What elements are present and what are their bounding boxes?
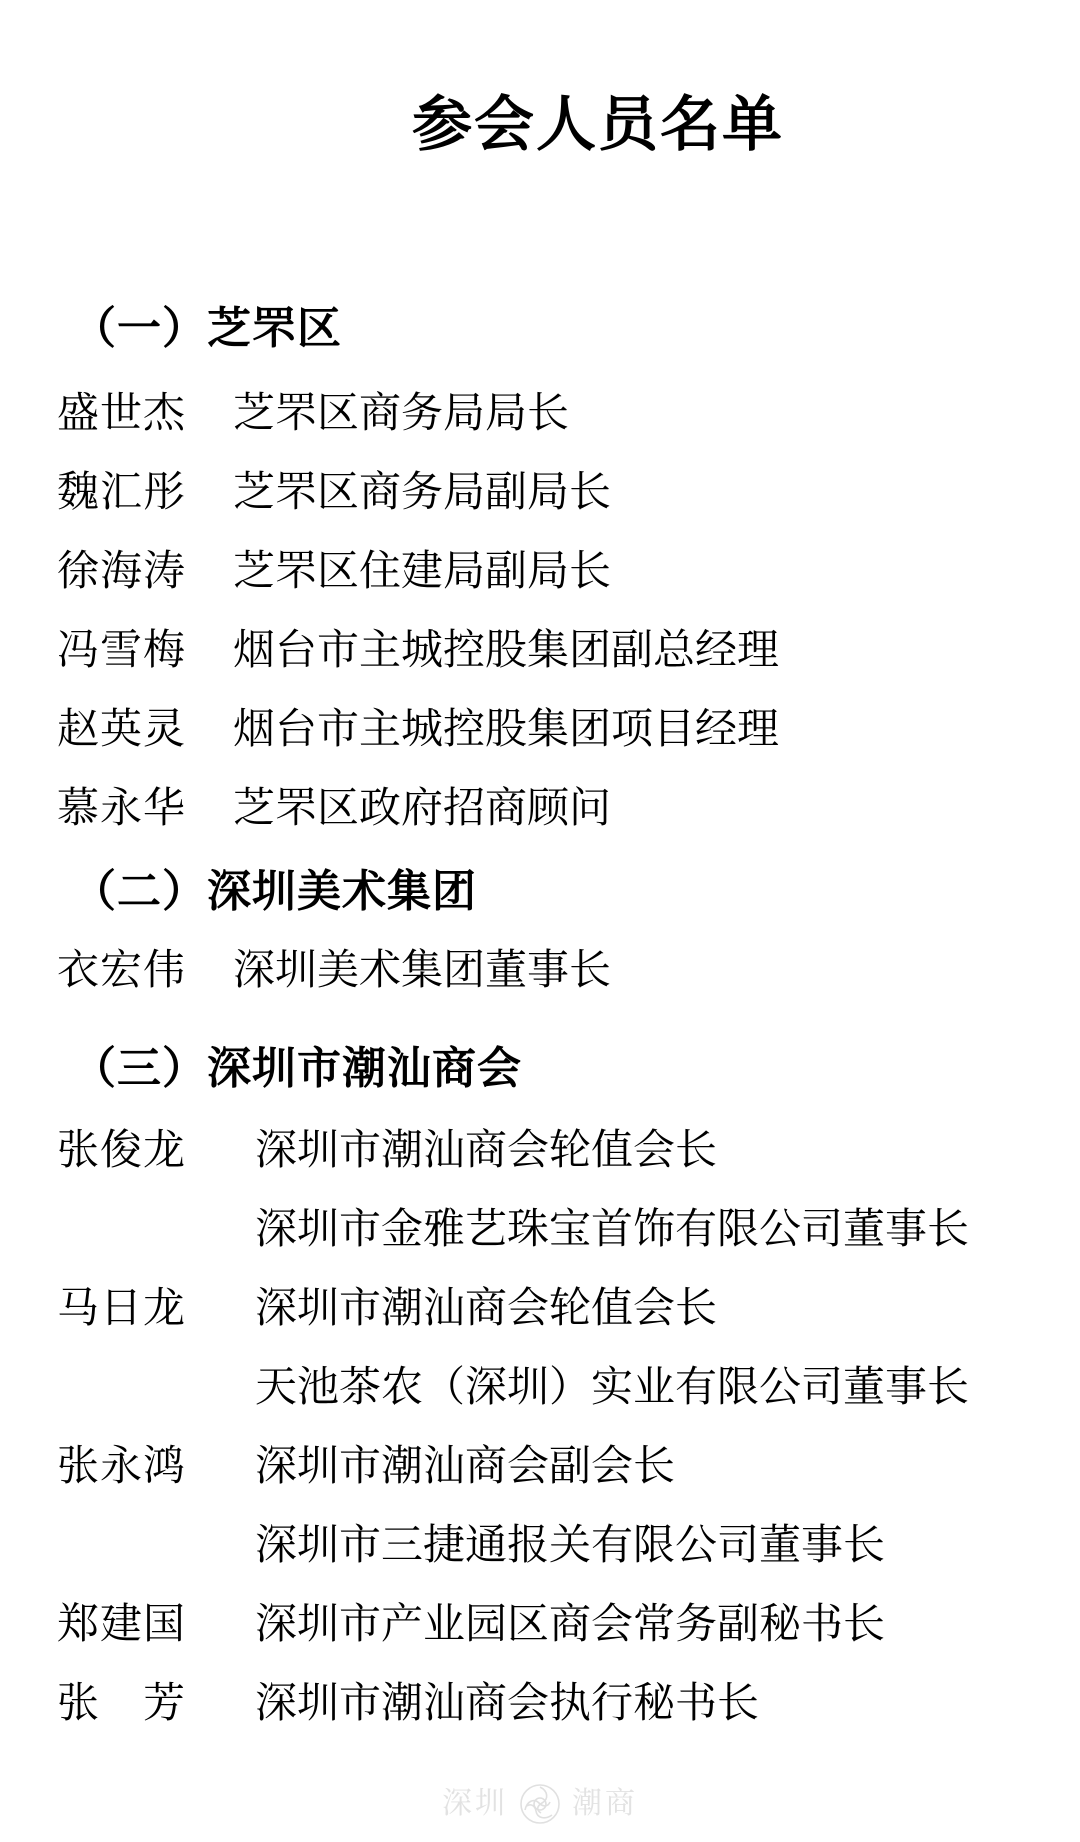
member-row: 冯雪梅烟台市主城控股集团副总经理 [0, 625, 1080, 677]
section-heading: （二）深圳美术集团 [0, 865, 1080, 919]
member-title: 芝罘区商务局局长 [233, 388, 1080, 440]
member-name: 盛世杰 [57, 388, 233, 440]
document-page: 参会人员名单 （一）芝罘区盛世杰芝罘区商务局局长魏汇彤芝罘区商务局副局长徐海涛芝… [0, 0, 1080, 1842]
member-title: 深圳市潮汕商会副会长 [255, 1441, 1080, 1493]
member-extra-title-row: 深圳市三捷通报关有限公司董事长 [0, 1520, 1080, 1572]
watermark: 深圳 潮商 [442, 1782, 638, 1826]
member-row: 马日龙深圳市潮汕商会轮值会长 [0, 1283, 1080, 1335]
member-title: 深圳市潮汕商会执行秘书长 [255, 1678, 1080, 1730]
member-title: 芝罘区政府招商顾问 [233, 783, 1080, 835]
section: （三）深圳市潮汕商会张俊龙深圳市潮汕商会轮值会长深圳市金雅艺珠宝首饰有限公司董事… [0, 1042, 1080, 1730]
member-row: 衣宏伟深圳美术集团董事长 [0, 945, 1080, 997]
member-title: 深圳市三捷通报关有限公司董事长 [255, 1520, 1080, 1572]
member-title: 烟台市主城控股集团副总经理 [233, 625, 1080, 677]
member-name: 衣宏伟 [57, 945, 233, 997]
member-row: 盛世杰芝罘区商务局局长 [0, 388, 1080, 440]
section: （二）深圳美术集团衣宏伟深圳美术集团董事长 [0, 865, 1080, 997]
member-name: 郑建国 [57, 1599, 255, 1651]
member-title: 深圳市潮汕商会轮值会长 [255, 1125, 1080, 1177]
member-row: 赵英灵烟台市主城控股集团项目经理 [0, 704, 1080, 756]
member-title: 天池茶农（深圳）实业有限公司董事长 [255, 1362, 1080, 1414]
watermark-text-left: 深圳 [442, 1782, 508, 1826]
member-name: 冯雪梅 [57, 625, 233, 677]
member-extra-title-row: 深圳市金雅艺珠宝首饰有限公司董事长 [0, 1204, 1080, 1256]
member-row: 张俊龙深圳市潮汕商会轮值会长 [0, 1125, 1080, 1177]
member-name: 魏汇彤 [57, 467, 233, 519]
member-name: 张永鸿 [57, 1441, 255, 1493]
member-row: 张永鸿深圳市潮汕商会副会长 [0, 1441, 1080, 1493]
chaoshang-seal-logo [518, 1782, 562, 1826]
member-row: 慕永华芝罘区政府招商顾问 [0, 783, 1080, 835]
section-heading: （一）芝罘区 [0, 302, 1080, 356]
member-extra-title-row: 天池茶农（深圳）实业有限公司董事长 [0, 1362, 1080, 1414]
section: （一）芝罘区盛世杰芝罘区商务局局长魏汇彤芝罘区商务局副局长徐海涛芝罘区住建局副局… [0, 302, 1080, 835]
member-title: 芝罘区商务局副局长 [233, 467, 1080, 519]
member-row: 魏汇彤芝罘区商务局副局长 [0, 467, 1080, 519]
member-title: 烟台市主城控股集团项目经理 [233, 704, 1080, 756]
member-title: 芝罘区住建局副局长 [233, 546, 1080, 598]
participant-sections: （一）芝罘区盛世杰芝罘区商务局局长魏汇彤芝罘区商务局副局长徐海涛芝罘区住建局副局… [0, 302, 1080, 1730]
member-title: 深圳市金雅艺珠宝首饰有限公司董事长 [255, 1204, 1080, 1256]
member-name: 张俊龙 [57, 1125, 255, 1177]
member-title: 深圳美术集团董事长 [233, 945, 1080, 997]
member-name: 赵英灵 [57, 704, 233, 756]
section-heading: （三）深圳市潮汕商会 [0, 1042, 1080, 1096]
page-title: 参会人员名单 [58, 86, 1080, 164]
member-title: 深圳市潮汕商会轮值会长 [255, 1283, 1080, 1335]
member-row: 徐海涛芝罘区住建局副局长 [0, 546, 1080, 598]
watermark-text-right: 潮商 [572, 1782, 638, 1826]
member-name: 张 芳 [57, 1678, 255, 1730]
member-title: 深圳市产业园区商会常务副秘书长 [255, 1599, 1080, 1651]
member-row: 郑建国深圳市产业园区商会常务副秘书长 [0, 1599, 1080, 1651]
member-name: 徐海涛 [57, 546, 233, 598]
member-row: 张 芳深圳市潮汕商会执行秘书长 [0, 1678, 1080, 1730]
member-name: 慕永华 [57, 783, 233, 835]
member-name: 马日龙 [57, 1283, 255, 1335]
